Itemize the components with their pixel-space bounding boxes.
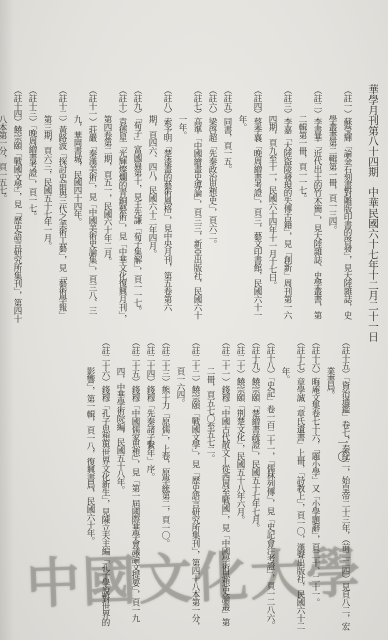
footnote-15: （註十五）「資治通鑑」卷七，秦紀二，始皇帝二十三年，（前二二四）見頁八二，宏業書… — [322, 338, 352, 632]
footnote-21: （註二十一）錢穆「中國古代散文—從西周至戰國」，見「中國學術思想史論叢」第二冊，… — [202, 338, 232, 632]
footnote-8: （註八）索予明「楚漆畫的藝術風格」，見中央月刊，第五卷第六期，頁四六、四八，民國… — [144, 86, 174, 326]
footnote-text: 饒宗頤「戰國文學」，見「歷史語言研究所集刊」，第四十八本第一分，頁一六四。 — [175, 367, 200, 630]
footnote-label: （註十四） — [12, 86, 22, 126]
footnote-label: （註十二） — [57, 86, 67, 126]
footnote-label: （註三） — [282, 86, 292, 118]
footnote-4: （註四）蔡季襄「晚周繒書考證」，頁三，藝文印書館，民國六十一年。 — [234, 86, 264, 326]
footnote-1: （註一）蘇瑩輝「論金石刻畫對雕版印書的啓發」，見大陸雜誌，史學叢書第二輯第一冊，… — [324, 86, 354, 326]
footnote-23: （註二十三）熊十力「原儒」，上卷，原學統第二，頁一〇。 — [157, 338, 172, 632]
journal-header-title: 華學月刊第八十四期 中華民國六十七年十二月二十一日 — [366, 84, 380, 374]
footnote-10: （註十）袁德星「光輝燦爛的青銅藝術」，見「中華文化復興月刊」，第四卷第二期，頁五… — [99, 86, 129, 326]
footnote-3: （註三）李嘉「大陸盜陵發現的失傳古籍」，見「創新」周刊第一六四期，頁九至十一，民… — [264, 86, 294, 326]
footnote-16: （註十六）晦庵文集卷七十六，「題小學」又「小學題辭」，頁二十、二十一。 — [307, 338, 322, 632]
footnote-text: 「資治通鑑」卷七，秦紀二，始皇帝二十三年，（前二二四）見頁八二，宏業書局。 — [325, 367, 350, 630]
footnotes-top-band: （註一）蘇瑩輝「論金石刻畫對雕版印書的啓發」，見大陸雜誌，史學叢書第二輯第一冊，… — [20, 86, 354, 326]
footnote-label: （註二十六） — [100, 338, 110, 385]
footnote-14: （註十四）饒宗頤「戰國文學」，見「歷史語言研究所集刊」，第四十八本第一分，頁一五… — [0, 86, 24, 326]
footnote-text: 「荀子」富國篇第十，見王先謙「荀子集解」，頁一一七。 — [132, 118, 142, 315]
footnote-label: （註五） — [222, 86, 232, 118]
footnote-text: 錢穆「中國儒家思想」，見「第一屆國際華學會議論文提要」，頁一九四，中華學術院編，… — [115, 367, 140, 622]
footnote-label: （註十八） — [265, 338, 275, 378]
footnote-text: 蔡季襄「晚周繒書考證」，頁三，藝文印書館，民國六十一年。 — [237, 115, 262, 319]
footnote-label: （註十七） — [295, 338, 305, 378]
footnote-text: 同書，頁一五。 — [222, 118, 232, 173]
footnote-5: （註五）同書，頁一五。 — [219, 86, 234, 326]
footnote-text: 饒宗頤「荆楚文化」，民國五十八年六月。 — [235, 378, 245, 524]
footnote-label: （註十） — [117, 86, 127, 118]
journal-page: 中 國 文 化 大 學 華學月刊第八十四期 中華民國六十七年十二月二十一日 一〇… — [0, 0, 388, 640]
footnote-text: 黃路波「探討史前與三代之美術工藝」，見「藝術學報」第三期，頁六三，民國五十七年一… — [42, 115, 67, 319]
footnote-text: 「晚周繒書考證」，頁一七。 — [27, 126, 37, 220]
footnote-text: 莊嚴「秦漢美術」，見「中國美術史論集」，頁三八、三九，華岡書城，民國四十四年。 — [72, 115, 97, 315]
footnote-22: （註二十二）饒宗頤「戰國文學」，見「歷史語言研究所集刊」，第四十八本第一分，頁一… — [172, 338, 202, 632]
footnote-text: 錢穆「先秦諸子繫年」序。 — [145, 385, 155, 480]
footnote-12: （註十二）黃路波「探討史前與三代之美術工藝」，見「藝術學報」第三期，頁六三，民國… — [39, 86, 69, 326]
footnote-label: （註二） — [312, 86, 322, 118]
footnote-label: （註十九） — [250, 338, 260, 378]
footnote-text: 章學誠「章氏遺書」上冊，「詩教上」，頁一〇，漢聲出版社，民國六十二年。 — [280, 367, 305, 630]
footnote-text: 高準「中國繪畫史導論」，頁三三，新亞出版社，民國六十一年。 — [177, 115, 202, 319]
footnote-text: 袁德星「光輝燦爛的青銅藝術」，見「中華文化復興月刊」，第四卷第二期，頁五一，民國… — [102, 115, 127, 323]
footnote-26: （註二十六）錢穆「孔子思想與世界文化新生」，見陳立夫主編「孔子學說對世界的影響」… — [82, 338, 112, 632]
footnote-label: （註四） — [252, 86, 262, 118]
footnote-text: 熊十力「原儒」，上卷，原學統第二，頁一〇。 — [160, 385, 170, 547]
footnote-text: 梁啓超「先秦政治思想史」，頁六二。 — [207, 118, 217, 248]
footnote-text: 李嘉「大陸盜陵發現的失傳古籍」，見「創新」周刊第一六四期，頁九至十一，民國六十四… — [267, 115, 292, 319]
footnote-label: （註二十四） — [145, 338, 155, 385]
footnote-7: （註七）高準「中國繪畫史導論」，頁三三，新亞出版社，民國六十一年。 — [174, 86, 204, 326]
footnote-19: （註十九）饒宗頤「楚繒書疏證」，民國五十七年七月。 — [247, 338, 262, 632]
footnote-text: 晦庵文集卷七十六，「題小學」又「小學題辭」，頁二十、二十一。 — [310, 378, 320, 607]
footnote-label: （註八） — [162, 86, 172, 118]
footnote-label: （註九） — [132, 86, 142, 118]
footnote-label: （註七） — [192, 86, 202, 118]
footnote-label: （註十三） — [27, 86, 37, 126]
footnote-label: （註十五） — [340, 338, 350, 378]
footnote-11: （註十一）莊嚴「秦漢美術」，見「中國美術史論集」，頁三八、三九，華岡書城，民國四… — [69, 86, 99, 326]
footnote-text: 索予明「楚漆畫的藝術風格」，見中央月刊，第五卷第六期，頁四六、四八，民國六十二年… — [147, 115, 172, 311]
footnote-text: 饒宗頤「楚繒書疏證」，民國五十七年七月。 — [250, 378, 260, 532]
footnote-6: （註六）梁啓超「先秦政治思想史」，頁六二。 — [204, 86, 219, 326]
footnote-text: 錢穆「孔子思想與世界文化新生」，見陳立夫主編「孔子學說對世界的影響」，第一輯，頁… — [85, 367, 110, 626]
footnote-label: （註二十五） — [130, 338, 140, 385]
footnote-text: 蘇瑩輝「論金石刻畫對雕版印書的啓發」，見大陸雜誌，史學叢書第二輯第一冊，頁一三四… — [327, 115, 352, 319]
footnote-label: （註二十） — [235, 338, 245, 378]
footnote-label: （註六） — [207, 86, 217, 118]
footnote-2: （註二）李書華「近代出土的竹木簡」，見大陸雜誌、史學叢書，第二輯第一冊，頁一一七… — [294, 86, 324, 326]
footnote-label: （註二十二） — [190, 338, 200, 385]
footnote-label: （註一） — [342, 86, 352, 118]
footnote-text: 饒宗頤「戰國文學」，見「歷史語言研究所集刊」，第四十八本第一分，頁一五七。 — [0, 115, 22, 323]
footnote-13: （註十三）「晚周繒書考證」，頁一七。 — [24, 86, 39, 326]
footnote-20: （註二十）饒宗頤「荆楚文化」，民國五十八年六月。 — [232, 338, 247, 632]
footnote-label: （註十一） — [87, 86, 97, 126]
footnote-text: 李書華「近代出土的竹木簡」，見大陸雜誌、史學叢書，第二輯第一冊，頁一一七。 — [297, 115, 322, 319]
footnote-text: 錢穆「中國古代散文—從西周至戰國」，見「中國學術思想史論叢」第二冊，頁五七〇至五… — [205, 367, 230, 626]
footnotes-bottom-band: （註十五）「資治通鑑」卷七，秦紀二，始皇帝二十三年，（前二二四）見頁八二，宏業書… — [48, 338, 352, 632]
footnote-24: （註二十四）錢穆「先秦諸子繫年」序。 — [142, 338, 157, 632]
footnote-text: 「史記」卷一百二十一，「儒林列傳」，見「史記會注考證」，頁一二八六。 — [265, 378, 275, 630]
footnote-label: （註十六） — [310, 338, 320, 378]
footnote-label: （註二十三） — [160, 338, 170, 385]
footnote-label: （註二十一） — [220, 338, 230, 385]
footnote-17: （註十七）章學誠「章氏遺書」上冊，「詩教上」，頁一〇，漢聲出版社，民國六十二年。 — [277, 338, 307, 632]
footnote-25: （註二十五）錢穆「中國儒家思想」，見「第一屆國際華學會議論文提要」，頁一九四，中… — [112, 338, 142, 632]
footnote-18: （註十八）「史記」卷一百二十一，「儒林列傳」，見「史記會注考證」，頁一二八六。 — [262, 338, 277, 632]
footnote-9: （註九）「荀子」富國篇第十，見王先謙「荀子集解」，頁一一七。 — [129, 86, 144, 326]
